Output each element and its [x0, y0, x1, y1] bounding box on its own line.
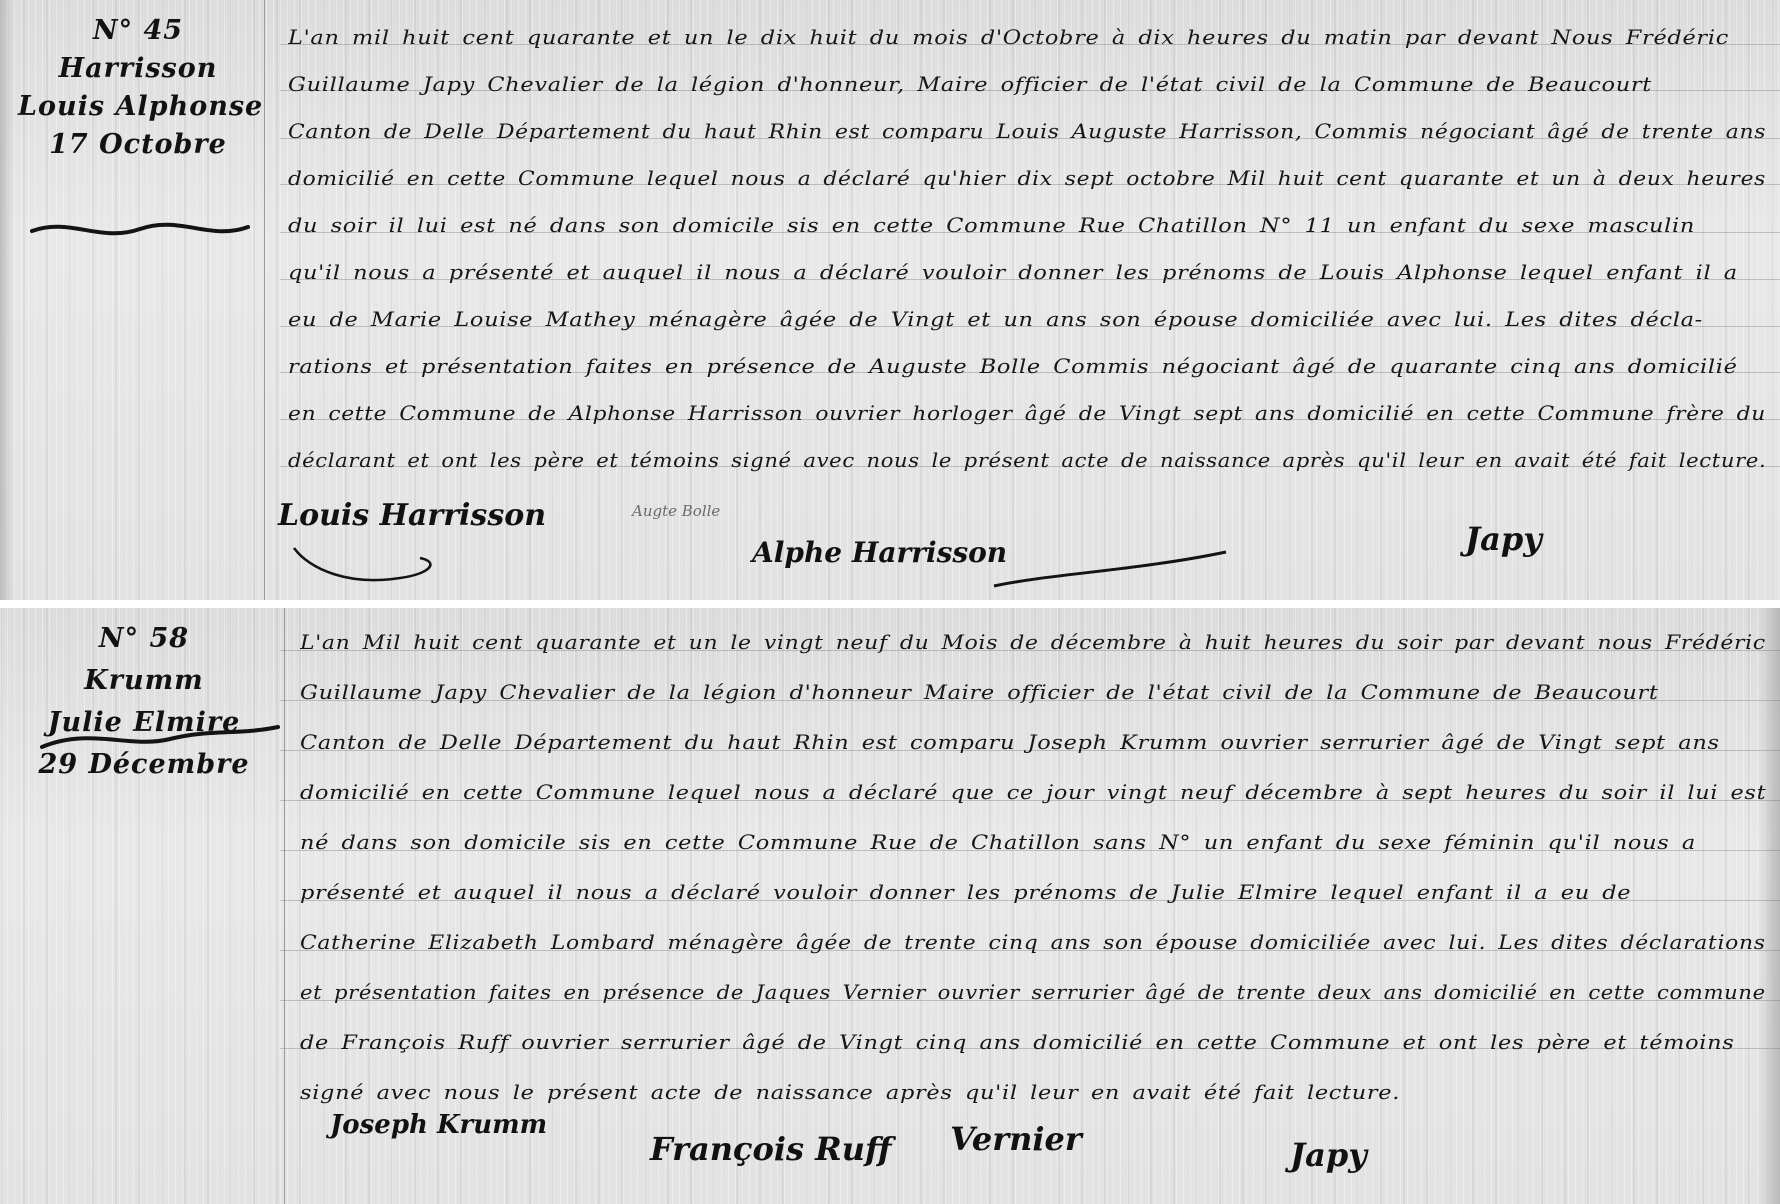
record-surname: Krumm	[14, 660, 274, 702]
flourish-ornament	[40, 723, 280, 753]
record-scan-45: N° 45 Harrisson Louis Alphonse 17 Octobr…	[0, 0, 1780, 600]
text-line: et présentation faites en présence de Ja…	[300, 968, 1766, 1018]
signature-flourish	[290, 540, 470, 590]
margin-annotation: N° 58 Krumm Julie Elmire 29 Décembre	[14, 618, 274, 786]
signature-father: Louis Harrisson	[278, 498, 546, 533]
signature-witness-1: Augte Bolle	[632, 502, 720, 520]
text-line: de François Ruff ouvrier serrurier âgé d…	[300, 1018, 1766, 1068]
scan-separator	[0, 600, 1780, 608]
text-line: domicilié en cette Commune lequel nous a…	[300, 768, 1766, 818]
record-surname: Harrisson	[18, 50, 258, 88]
text-line: Catherine Elizabeth Lombard ménagère âgé…	[300, 918, 1766, 968]
text-line: L'an Mil huit cent quarante et un le vin…	[300, 618, 1766, 668]
text-line: Canton de Delle Département du haut Rhin…	[300, 718, 1766, 768]
signature-witness-2: Alphe Harrisson	[752, 536, 1007, 569]
text-line: qu'il nous a présenté et auquel il nous …	[288, 249, 1766, 296]
text-line: du soir il lui est né dans son domicile …	[288, 202, 1766, 249]
text-line: déclarant et ont les père et témoins sig…	[288, 437, 1766, 484]
text-line: présenté et auquel il nous a déclaré vou…	[300, 868, 1766, 918]
margin-rule	[264, 0, 265, 600]
margin-annotation: N° 45 Harrisson Louis Alphonse 17 Octobr…	[18, 12, 258, 164]
text-line: né dans son domicile sis en cette Commun…	[300, 818, 1766, 868]
text-line: rations et présentation faites en présen…	[288, 343, 1766, 390]
text-line: Guillaume Japy Chevalier de la légion d'…	[300, 668, 1766, 718]
signature-witness-2: Vernier	[950, 1120, 1082, 1158]
text-line: domicilié en cette Commune lequel nous a…	[288, 155, 1766, 202]
record-number: N° 45	[18, 12, 258, 50]
record-scan-58: N° 58 Krumm Julie Elmire 29 Décembre L'a…	[0, 608, 1780, 1204]
signature-mayor: Japy	[1465, 520, 1542, 558]
record-date: 17 Octobre	[18, 126, 258, 164]
text-line: eu de Marie Louise Mathey ménagère âgée …	[288, 296, 1766, 343]
margin-rule	[284, 608, 285, 1204]
record-given-names: Louis Alphonse	[18, 88, 258, 126]
signature-flourish	[990, 540, 1230, 590]
signature-witness-1: François Ruff	[650, 1130, 891, 1168]
text-line: Canton de Delle Département du haut Rhin…	[288, 108, 1766, 155]
record-body-text: L'an mil huit cent quarante et un le dix…	[288, 14, 1766, 484]
record-number: N° 58	[14, 618, 274, 660]
signature-father: Joseph Krumm	[330, 1110, 547, 1140]
text-line: Guillaume Japy Chevalier de la légion d'…	[288, 61, 1766, 108]
scan-edge-shadow	[0, 0, 14, 600]
record-body-text: L'an Mil huit cent quarante et un le vin…	[300, 618, 1766, 1118]
signature-mayor: Japy	[1290, 1136, 1367, 1174]
text-line: en cette Commune de Alphonse Harrisson o…	[288, 390, 1766, 437]
text-line: L'an mil huit cent quarante et un le dix…	[288, 14, 1766, 61]
flourish-ornament	[30, 215, 250, 245]
